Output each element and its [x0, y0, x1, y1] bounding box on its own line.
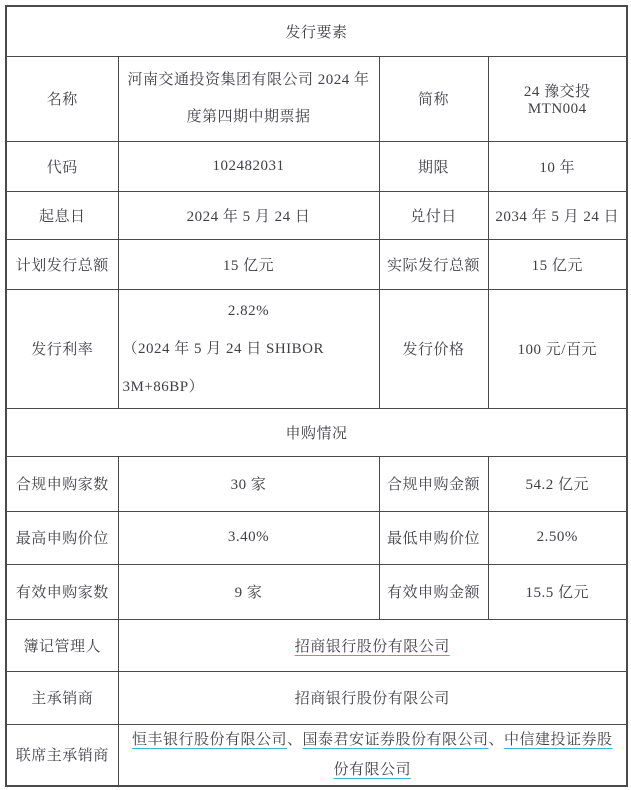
highest-bid-label: 最高申购价位	[6, 511, 118, 564]
valid-count-label: 有效申购家数	[6, 564, 118, 619]
short-name-value: 24 豫交投 MTN004	[488, 56, 627, 141]
lowest-bid-label: 最低申购价位	[379, 511, 488, 564]
lead-underwriter-label: 主承销商	[6, 671, 118, 724]
row-amounts: 计划发行总额 15 亿元 实际发行总额 15 亿元	[6, 239, 627, 289]
row-lead-underwriter: 主承销商 招商银行股份有限公司	[6, 671, 627, 724]
row-subscription-title: 申购情况	[6, 408, 627, 456]
actual-amount-value: 15 亿元	[488, 239, 627, 289]
lead-underwriter-value: 招商银行股份有限公司	[118, 671, 627, 724]
bookrunner-link[interactable]: 招商银行股份有限公司	[295, 639, 450, 655]
code-value: 102482031	[118, 141, 379, 191]
bookrunner-label: 簿记管理人	[6, 619, 118, 671]
name-value: 河南交通投资集团有限公司 2024 年度第四期中期票据	[118, 56, 379, 141]
co-lead-separator-2: 、	[489, 732, 505, 748]
compliant-count-label: 合规申购家数	[6, 456, 118, 511]
valid-amount-value: 15.5 亿元	[488, 564, 627, 619]
coupon-rate-value: 2.82% （2024 年 5 月 24 日 SHIBOR 3M+86BP）	[118, 289, 379, 408]
coupon-rate-basis-line2: 3M+86BP）	[123, 368, 375, 406]
co-lead-separator-1: 、	[287, 732, 303, 748]
row-rate-price: 发行利率 2.82% （2024 年 5 月 24 日 SHIBOR 3M+86…	[6, 289, 627, 408]
value-date-value: 2024 年 5 月 24 日	[118, 191, 379, 239]
value-date-label: 起息日	[6, 191, 118, 239]
row-name-shortname: 名称 河南交通投资集团有限公司 2024 年度第四期中期票据 简称 24 豫交投…	[6, 56, 627, 141]
lowest-bid-value: 2.50%	[488, 511, 627, 564]
coupon-rate-label: 发行利率	[6, 289, 118, 408]
issuance-section-title: 发行要素	[6, 6, 627, 56]
planned-amount-value: 15 亿元	[118, 239, 379, 289]
short-name-label: 简称	[379, 56, 488, 141]
co-lead-link-1[interactable]: 恒丰银行股份有限公司	[132, 732, 287, 748]
term-label: 期限	[379, 141, 488, 191]
name-label: 名称	[6, 56, 118, 141]
maturity-date-value: 2034 年 5 月 24 日	[488, 191, 627, 239]
bond-issuance-table: 发行要素 名称 河南交通投资集团有限公司 2024 年度第四期中期票据 简称 2…	[5, 5, 628, 787]
coupon-rate-basis-line1: （2024 年 5 月 24 日 SHIBOR	[123, 330, 375, 368]
code-label: 代码	[6, 141, 118, 191]
bookrunner-cell: 招商银行股份有限公司	[118, 619, 627, 671]
co-lead-underwriter-cell: 恒丰银行股份有限公司、国泰君安证券股份有限公司、中信建投证券股份有限公司	[118, 724, 627, 786]
valid-count-value: 9 家	[118, 564, 379, 619]
term-value: 10 年	[488, 141, 627, 191]
row-dates: 起息日 2024 年 5 月 24 日 兑付日 2034 年 5 月 24 日	[6, 191, 627, 239]
row-bid-range: 最高申购价位 3.40% 最低申购价位 2.50%	[6, 511, 627, 564]
compliant-amount-label: 合规申购金额	[379, 456, 488, 511]
maturity-date-label: 兑付日	[379, 191, 488, 239]
row-compliant: 合规申购家数 30 家 合规申购金额 54.2 亿元	[6, 456, 627, 511]
subscription-section-title: 申购情况	[6, 408, 627, 456]
issue-price-value: 100 元/百元	[488, 289, 627, 408]
planned-amount-label: 计划发行总额	[6, 239, 118, 289]
compliant-amount-value: 54.2 亿元	[488, 456, 627, 511]
issue-price-label: 发行价格	[379, 289, 488, 408]
highest-bid-value: 3.40%	[118, 511, 379, 564]
compliant-count-value: 30 家	[118, 456, 379, 511]
coupon-rate-percent: 2.82%	[123, 292, 375, 330]
co-lead-underwriter-label: 联席主承销商	[6, 724, 118, 786]
actual-amount-label: 实际发行总额	[379, 239, 488, 289]
valid-amount-label: 有效申购金额	[379, 564, 488, 619]
co-lead-link-2[interactable]: 国泰君安证券股份有限公司	[303, 732, 489, 748]
row-bookrunner: 簿记管理人 招商银行股份有限公司	[6, 619, 627, 671]
row-co-lead-underwriters: 联席主承销商 恒丰银行股份有限公司、国泰君安证券股份有限公司、中信建投证券股份有…	[6, 724, 627, 786]
row-issuance-title: 发行要素	[6, 6, 627, 56]
row-valid: 有效申购家数 9 家 有效申购金额 15.5 亿元	[6, 564, 627, 619]
row-code-term: 代码 102482031 期限 10 年	[6, 141, 627, 191]
